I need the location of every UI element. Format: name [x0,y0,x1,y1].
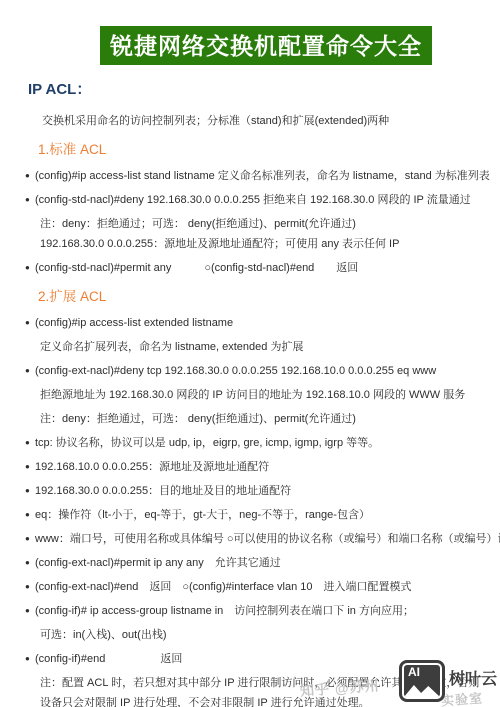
line-text: (config)#ip access-list stand listname 定… [35,170,490,182]
bullet-icon: ● [25,532,35,546]
line-text: (config-if)# ip access-group listname in… [35,605,414,617]
watermark-text: 实验室 [440,688,483,707]
page-title: 锐捷网络交换机配置命令大全 [100,26,432,65]
line-text: (config-ext-nacl)#permit ip any any 允许其它… [35,557,281,569]
ai-logo-label: AI [408,665,420,679]
doc-line: ●(config)#ip access-list stand listname … [25,169,500,183]
line-text: 定义命名扩展列表，命名为 listname, extended 为扩展 [40,341,303,353]
doc-line: 拒绝源地址为 192.168.30.0 网段的 IP 访问目的地址为 192.1… [25,388,500,402]
bullet-icon: ● [25,460,35,474]
ai-logo: AI [399,660,445,702]
bullet-icon: ● [25,556,35,570]
bullet-icon: ● [25,364,35,378]
bullet-icon: ● [25,316,35,330]
section-lines: ●(config)#ip access-list extended listna… [0,316,500,707]
line-text: 192.168.30.0 0.0.0.255：目的地址及目的地址通配符 [35,485,291,497]
doc-line: ●(config-ext-nacl)#deny tcp 192.168.30.0… [25,364,500,378]
line-text: 注：deny：拒绝通过，可选： deny(拒绝通过)、permit(允许通过) [40,413,356,425]
section-standard-acl: 1.标准 ACL ●(config)#ip access-list stand … [0,138,500,275]
bullet-icon: ● [25,261,35,275]
line-text: (config-std-nacl)#deny 192.168.30.0 0.0.… [35,194,471,206]
section-lines: ●(config)#ip access-list stand listname … [0,169,500,275]
doc-line: 注：deny：拒绝通过；可选： deny(拒绝通过)、permit(允许通过) [25,217,500,231]
doc-line: ●(config)#ip access-list extended listna… [25,316,500,330]
line-text: (config-std-nacl)#permit any ○(config-st… [35,262,358,274]
title-row: 锐捷网络交换机配置命令大全 [0,0,500,65]
doc-line: ●192.168.30.0 0.0.0.255：目的地址及目的地址通配符 [25,484,500,498]
ai-logo-frame: AI [402,663,442,699]
bullet-icon: ● [25,604,35,618]
section-heading: 2.扩展 ACL [38,285,500,305]
doc-line: 192.168.30.0 0.0.0.255：源地址及源地址通配符；可使用 an… [25,237,500,251]
bullet-icon: ● [25,169,35,183]
doc-line: ●www：端口号，可使用名称或具体编号 ○可以使用的协议名称（或编号）和端口名称… [25,532,500,546]
bullet-icon: ● [25,580,35,594]
doc-line: ●tcp: 协议名称，协议可以是 udp, ip，eigrp, gre, icm… [25,436,500,450]
line-text: 可选：in(入栈)、out(出栈) [40,629,167,641]
line-text: 注：deny：拒绝通过；可选： deny(拒绝通过)、permit(允许通过) [40,218,356,230]
bullet-icon: ● [25,508,35,522]
mountain-icon [404,681,440,697]
line-text: 192.168.10.0 0.0.0.255：源地址及源地址通配符 [35,461,269,473]
document-page: 锐捷网络交换机配置命令大全 IP ACL： 交换机采用命名的访问控制列表；分标准… [0,0,500,707]
doc-heading: IP ACL： [28,78,500,99]
doc-line: ●(config-std-nacl)#deny 192.168.30.0 0.0… [25,193,500,207]
section-extended-acl: 2.扩展 ACL ●(config)#ip access-list extend… [0,285,500,707]
doc-line: ●192.168.10.0 0.0.0.255：源地址及源地址通配符 [25,460,500,474]
bullet-icon: ● [25,436,35,450]
brand-text: 树叶云 [449,666,497,689]
section-heading: 1.标准 ACL [38,138,500,158]
bullet-icon: ● [25,484,35,498]
line-text: eq：操作符（lt-小于，eq-等于，gt-大于，neg-不等于，range-包… [35,509,370,521]
line-text: (config)#ip access-list extended listnam… [35,317,233,329]
doc-line: ●eq：操作符（lt-小于，eq-等于，gt-大于，neg-不等于，range-… [25,508,500,522]
doc-line: ●(config-ext-nacl)#permit ip any any 允许其… [25,556,500,570]
doc-line: ●(config-ext-nacl)#end 返回 ○(config)#inte… [25,580,500,594]
bullet-icon: ● [25,652,35,666]
doc-line: ●(config-std-nacl)#permit any ○(config-s… [25,261,500,275]
doc-line: 注：deny：拒绝通过，可选： deny(拒绝通过)、permit(允许通过) [25,412,500,426]
doc-line: 可选：in(入栈)、out(出栈) [25,628,500,642]
line-text: 192.168.30.0 0.0.0.255：源地址及源地址通配符；可使用 an… [40,238,399,250]
line-text: (config-if)#end 返回 [35,653,182,665]
line-text: www：端口号，可使用名称或具体编号 ○可以使用的协议名称（或编号）和端口名称（… [35,533,500,545]
line-text: 拒绝源地址为 192.168.30.0 网段的 IP 访问目的地址为 192.1… [40,389,465,401]
bullet-icon: ● [25,193,35,207]
line-text: (config-ext-nacl)#deny tcp 192.168.30.0 … [35,365,436,377]
line-text: tcp: 协议名称，协议可以是 udp, ip，eigrp, gre, icmp… [35,437,379,449]
doc-line: ●(config-if)# ip access-group listname i… [25,604,500,618]
line-text: (config-ext-nacl)#end 返回 ○(config)#inter… [35,581,412,593]
doc-line: 定义命名扩展列表，命名为 listname, extended 为扩展 [25,340,500,354]
intro-text: 交换机采用命名的访问控制列表；分标准（stand)和扩展(extended)两种 [42,112,500,128]
